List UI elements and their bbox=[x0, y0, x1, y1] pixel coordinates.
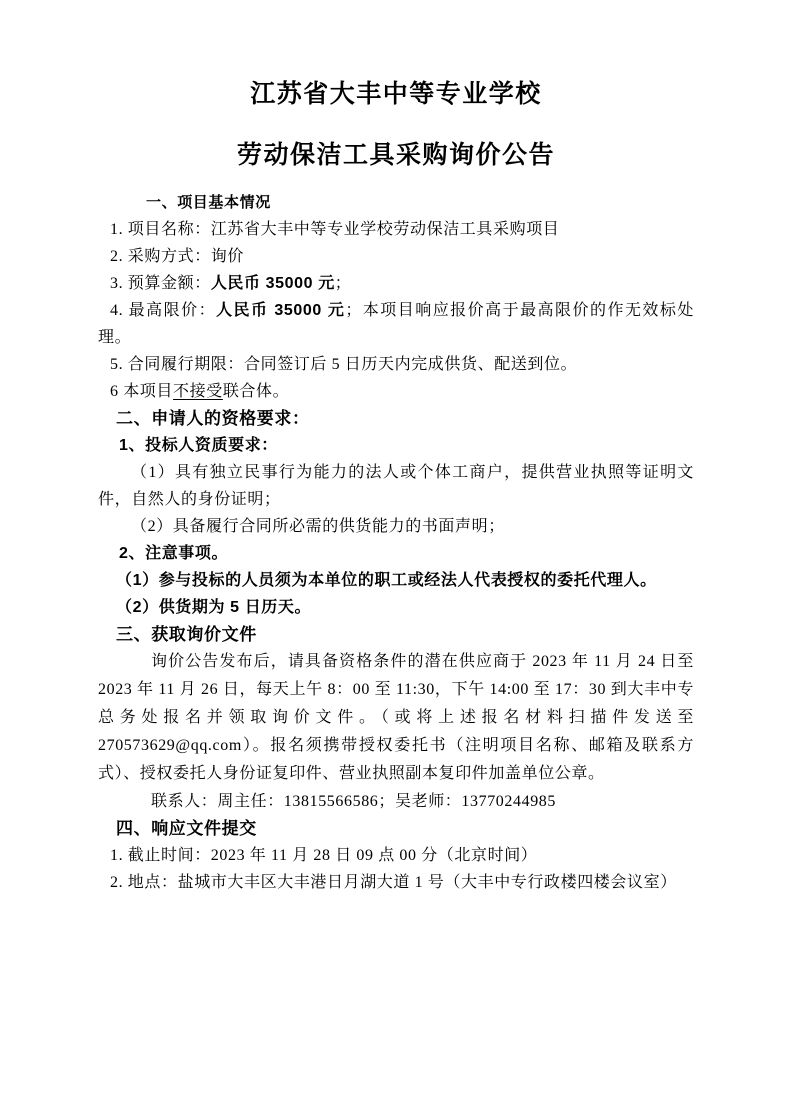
section1-item-no-consortium: 6 本项目不接受联合体。 bbox=[98, 378, 694, 405]
max-price-amount: 人民币 35000 元 bbox=[216, 302, 345, 319]
no-consortium-prefix: 6 本项目 bbox=[110, 383, 173, 400]
document-title-line1: 江苏省大丰中等专业学校 bbox=[98, 78, 694, 110]
section2-sub2-item1: （1）参与投标的人员须为本单位的职工或经法人代表授权的委托代理人。 bbox=[98, 567, 694, 594]
budget-suffix: ； bbox=[335, 275, 352, 292]
section1-item-max-price: 4. 最高限价：人民币 35000 元；本项目响应报价高于最高限价的作无效标处理… bbox=[98, 297, 694, 351]
budget-amount: 人民币 35000 元 bbox=[211, 275, 335, 292]
section2-heading: 二、申请人的资格要求： bbox=[98, 405, 694, 432]
no-consortium-suffix: 联合体。 bbox=[223, 383, 289, 400]
document-page: 江苏省大丰中等专业学校 劳动保洁工具采购询价公告 一、项目基本情况 1. 项目名… bbox=[0, 0, 794, 1108]
section3-paragraph: 询价公告发布后，请具备资格条件的潜在供应商于 2023 年 11 月 24 日至… bbox=[98, 648, 694, 788]
section1-heading: 一、项目基本情况 bbox=[98, 189, 694, 216]
max-price-label: 4. 最高限价： bbox=[110, 302, 216, 319]
section3-contact-line: 联系人：周主任：13815566586；吴老师：13770244985 bbox=[98, 788, 694, 815]
section2-sub1-item1: （1）具有独立民事行为能力的法人或个体工商户，提供营业执照等证明文件，自然人的身… bbox=[98, 459, 694, 513]
section2-sub1-heading: 1、投标人资质要求： bbox=[98, 432, 694, 459]
section3-heading: 三、获取询价文件 bbox=[98, 621, 694, 648]
section1-item-procurement-method: 2. 采购方式：询价 bbox=[98, 243, 694, 270]
section2-sub2-heading: 2、注意事项。 bbox=[98, 540, 694, 567]
section2-sub2-item2: （2）供货期为 5 日历天。 bbox=[98, 594, 694, 621]
section1-item-contract-period: 5. 合同履行期限：合同签订后 5 日历天内完成供货、配送到位。 bbox=[98, 351, 694, 378]
section2-sub1-item2: （2）具备履行合同所必需的供货能力的书面声明； bbox=[98, 513, 694, 540]
no-consortium-underlined: 不接受 bbox=[173, 383, 223, 400]
section4-item-location: 2. 地点：盐城市大丰区大丰港日月湖大道 1 号（大丰中专行政楼四楼会议室） bbox=[98, 869, 694, 896]
section1-item-project-name: 1. 项目名称：江苏省大丰中等专业学校劳动保洁工具采购项目 bbox=[98, 216, 694, 243]
section1-item-budget: 3. 预算金额：人民币 35000 元； bbox=[98, 270, 694, 297]
budget-label: 3. 预算金额： bbox=[110, 275, 211, 292]
document-content: 江苏省大丰中等专业学校 劳动保洁工具采购询价公告 一、项目基本情况 1. 项目名… bbox=[0, 0, 794, 896]
section4-item-deadline: 1. 截止时间：2023 年 11 月 28 日 09 点 00 分（北京时间） bbox=[98, 842, 694, 869]
section4-heading: 四、响应文件提交 bbox=[98, 815, 694, 842]
document-title-line2: 劳动保洁工具采购询价公告 bbox=[98, 139, 694, 171]
